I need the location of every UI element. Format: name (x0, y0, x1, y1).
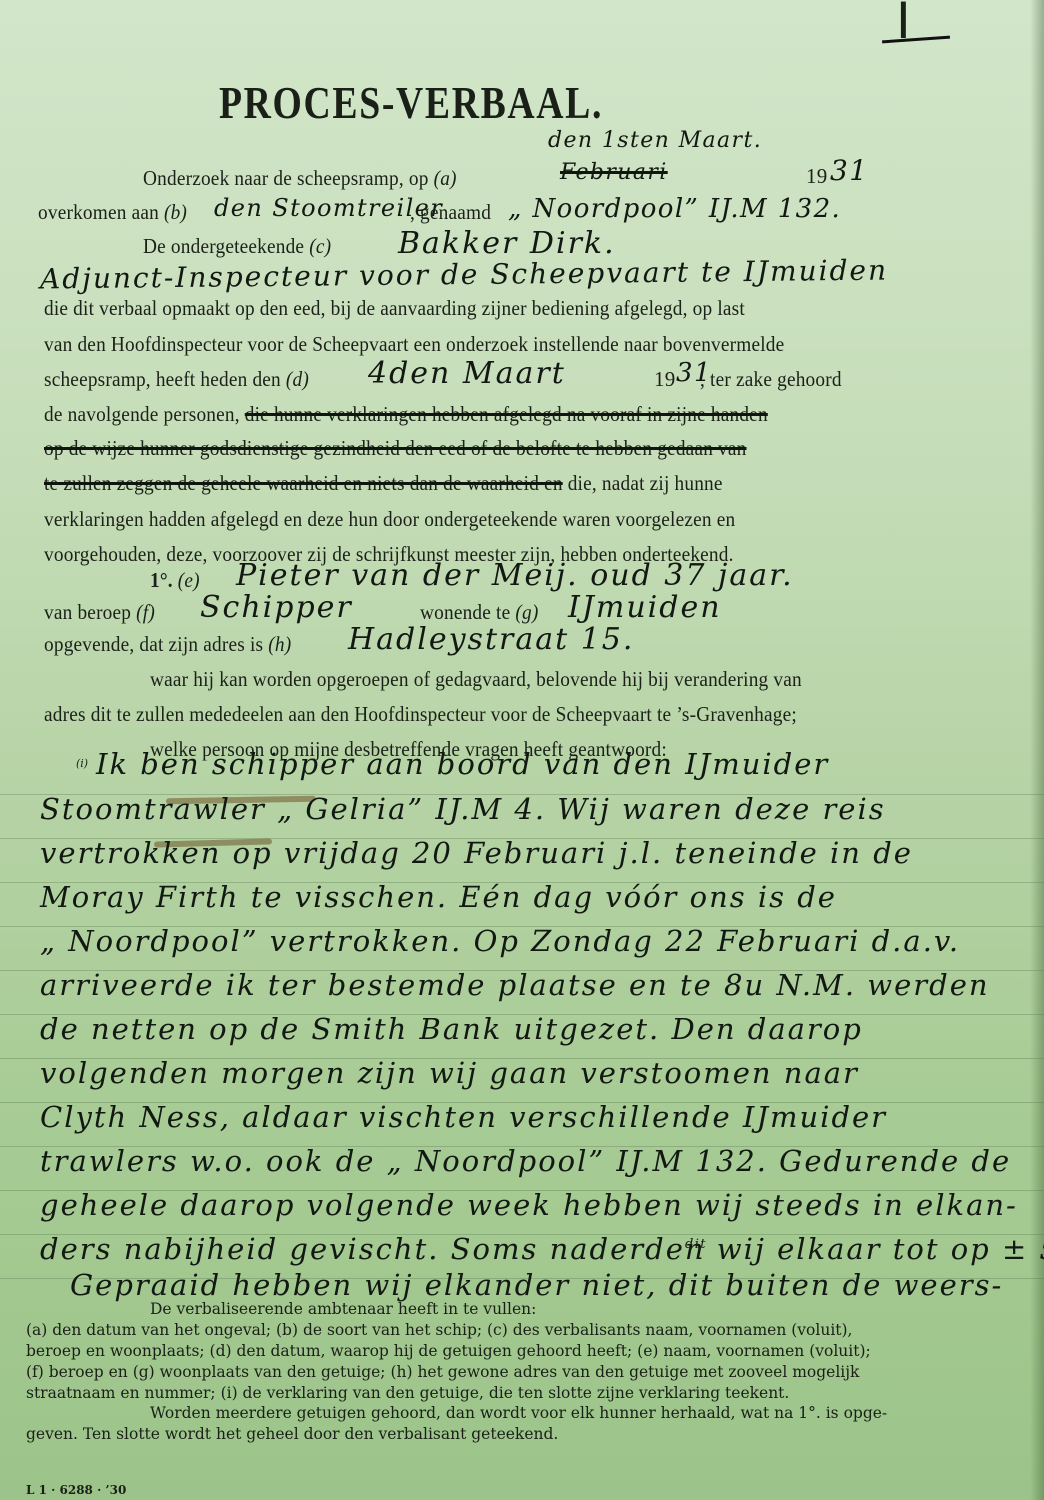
marker-c: (c) (309, 234, 331, 258)
label-text: wonende te (420, 600, 510, 624)
para1-line3-b: , ter zake gehoord (700, 367, 842, 392)
header-line1-label: Onderzoek naar de scheepsramp, op (a) (143, 166, 457, 191)
label-text: opgevende, dat zijn adres is (44, 632, 263, 656)
marker-h: (h) (268, 632, 291, 656)
statement-line: volgenden morgen zijn wij gaan verstoome… (40, 1056, 859, 1090)
statement-line: Ik ben schipper aan boord van den IJmuid… (96, 747, 829, 781)
para1-line6: te zullen zeggen de geheele waarheid en … (44, 471, 723, 496)
date-struck-text: Februari (560, 160, 668, 185)
label-text: overkomen aan (38, 200, 159, 224)
para1-line3-a: scheepsramp, heeft heden den (d) (44, 367, 309, 392)
statement-line: Stoomtrawler „ Gelria” IJ.M 4. Wij waren… (40, 792, 886, 826)
marker-f: (f) (136, 600, 155, 624)
footnote-line: (a) den datum van het ongeval; (b) de so… (26, 1321, 852, 1339)
footnote-closing-2: geven. Ten slotte wordt het geheel door … (26, 1425, 558, 1443)
para1-line2: van den Hoofdinspecteur voor de Scheepva… (44, 332, 784, 357)
undersigned-label: De ondergeteekende (c) (143, 234, 331, 259)
statement-line: vertrokken op vrijdag 20 Februari j.l. t… (40, 836, 913, 870)
undersigned-title-handwritten: Adjunct-Inspecteur voor de Scheepvaart t… (40, 254, 888, 296)
vessel-type-handwritten: den Stoomtreiler (214, 194, 443, 222)
year-prefix: 19 (806, 164, 827, 189)
sheet-number: I (896, 0, 911, 50)
footnote-intro: De verbaliseerende ambtenaar heeft in te… (150, 1300, 536, 1318)
footnote-line: straatnaam en nummer; (i) de verklaring … (26, 1384, 789, 1402)
hearing-date-handwritten: 4den Maart (368, 356, 566, 391)
label-text: die, nadat zij hunne (568, 471, 723, 495)
label-text: scheepsramp, heeft heden den (44, 367, 281, 391)
label-text: Onderzoek naar de scheepsramp, op (143, 166, 429, 190)
marker-b: (b) (164, 200, 187, 224)
summons-line1: waar hij kan worden opgeroepen of gedagv… (150, 667, 802, 692)
footnote-line: (f) beroep en (g) woonplaats van den get… (26, 1363, 859, 1381)
statement-line: geheele daarop volgende week hebben wij … (40, 1188, 1018, 1222)
witness-number-text: 1°. (150, 568, 173, 592)
statement-line: trawlers w.o. ook de „ Noordpool” IJ.M 1… (40, 1144, 1011, 1178)
statement-line: ders nabijheid gevischt. Soms naderden w… (40, 1232, 1044, 1266)
date-insert-handwritten: den 1sten Maart. (548, 128, 762, 153)
label-text: De ondergeteekende (143, 234, 304, 258)
struck-text-2: op de wijze hunner godsdienstige gezindh… (44, 436, 747, 461)
profession-handwritten: Schipper (200, 590, 353, 625)
statement-line: de netten op de Smith Bank uitgezet. Den… (40, 1012, 863, 1046)
witness-name-age-handwritten: Pieter van der Meij. oud 37 jaar. (236, 558, 794, 593)
marker-e: (e) (178, 568, 200, 592)
sheet-number-underline (882, 36, 950, 44)
year-handwritten: 31 (830, 154, 868, 187)
statement-line: Gepraaid hebben wij elkander niet, dit b… (70, 1268, 1003, 1302)
label-text: van beroep (44, 600, 131, 624)
page-title: PROCES-VERBAAL. (219, 76, 603, 129)
struck-text-1: die hunne verklaringen hebben afgelegd n… (245, 402, 768, 426)
marker-g: (g) (515, 600, 538, 624)
summons-line2: adres dit te zullen mededeelen aan den H… (44, 702, 797, 727)
hearing-year-prefix: 19 (654, 367, 675, 392)
form-code: L 1 · 6288 · ’30 (26, 1483, 126, 1497)
label-text: de navolgende personen, (44, 402, 240, 426)
address-handwritten: Hadleystraat 15. (348, 622, 634, 657)
witness-number: 1°. (e) (150, 568, 200, 593)
footnote-line: beroep en woonplaats; (d) den datum, waa… (26, 1342, 871, 1360)
statement-line: Clyth Ness, aldaar vischten verschillend… (40, 1100, 887, 1134)
para1-line4: de navolgende personen, die hunne verkla… (44, 402, 768, 427)
marker-a: (a) (434, 166, 457, 190)
page-edge-shadow (1030, 0, 1044, 1500)
marker-d: (d) (286, 367, 309, 391)
profession-label: van beroep (f) (44, 600, 155, 625)
statement-line: arriveerde ik ter bestemde plaatse en te… (40, 968, 990, 1002)
address-label: opgevende, dat zijn adres is (h) (44, 632, 291, 657)
header-line2-label: overkomen aan (b) (38, 200, 187, 225)
interlinear-insert: dit (685, 1237, 707, 1252)
marker-i: (i) (76, 757, 88, 770)
vessel-name-handwritten: „ Noordpool” IJ.M 132. (508, 194, 841, 224)
struck-text-3: te zullen zeggen de geheele waarheid en … (44, 471, 563, 495)
statement-line: „ Noordpool” vertrokken. Op Zondag 22 Fe… (40, 924, 960, 958)
named-label: , genaamd (410, 200, 491, 225)
footnote-closing-1: Worden meerdere getuigen gehoord, dan wo… (150, 1404, 887, 1422)
para1-line1: die dit verbaal opmaakt op den eed, bij … (44, 296, 745, 321)
para1-line7: verklaringen hadden afgelegd en deze hun… (44, 507, 735, 532)
statement-line: Moray Firth te visschen. Eén dag vóór on… (40, 880, 837, 914)
residence-handwritten: IJmuiden (568, 590, 722, 625)
